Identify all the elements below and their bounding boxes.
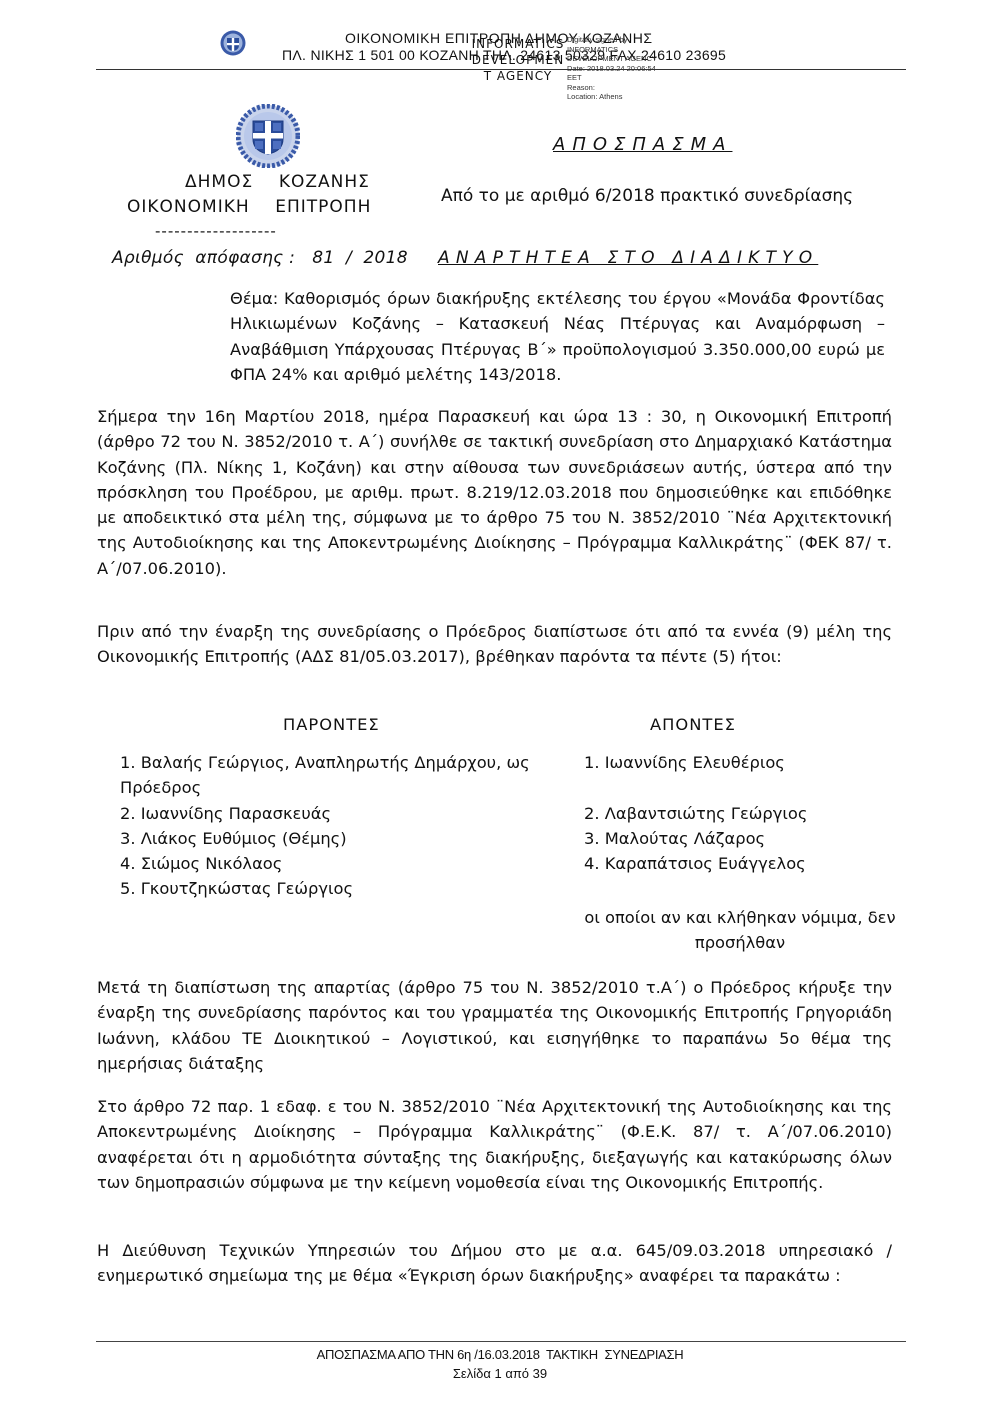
present-heading: ΠΑΡΟΝΤΕΣ [283, 715, 380, 734]
list-item: 3. Μαλούτας Λάζαρος [584, 826, 884, 851]
list-item: 3. Λιάκος Ευθύμιος (Θέμης) [120, 826, 560, 851]
list-item: 4. Σιώμος Νικόλαος [120, 851, 560, 876]
quorum-paragraph: Πριν από την έναρξη της συνεδρίασης ο Πρ… [97, 619, 892, 670]
minutes-reference: Από το με αριθμό 6/2018 πρακτικό συνεδρί… [441, 186, 853, 206]
digital-signature-signer: INFORMATICS DEVELOPMEN T AGENCY [468, 36, 568, 84]
page-number: Σελίδα 1 από 39 [0, 1366, 1000, 1381]
list-item: 2. Ιωαννίδης Παρασκευάς [120, 801, 560, 826]
session-opening-paragraph: Μετά τη διαπίστωση της απαρτίας (άρθρο 7… [97, 975, 892, 1076]
greek-coat-of-arms-icon [220, 30, 246, 56]
title-separator: ------------------- [155, 222, 277, 240]
footer-title: ΑΠΟΣΠΑΣΜΑ ΑΠΟ ΤΗΝ 6η /16.03.2018 ΤΑΚΤΙΚΗ… [0, 1347, 1000, 1362]
technical-services-paragraph: Η Διεύθυνση Τεχνικών Υπηρεσιών του Δήμου… [97, 1238, 892, 1289]
municipality-name: ΔΗΜΟΣ ΚΟΖΑΝΗΣ [185, 172, 370, 192]
internet-posting-notice: ΑΝΑΡΤΗΤΕΑ ΣΤΟ ΔΙΑΔΙΚΤΥΟ [438, 248, 818, 268]
absent-note: οι οποίοι αν και κλήθηκαν νόμιμα, δεν πρ… [580, 905, 900, 956]
present-members-list: 1. Βαλαής Γεώργιος, Αναπληρωτής Δημάρχου… [120, 750, 560, 902]
absent-members-list: 1. Ιωαννίδης Ελευθέριος 2. Λαβαντσιώτης … [584, 750, 884, 876]
header-divider [96, 69, 906, 70]
list-item: 1. Βαλαής Γεώργιος, Αναπληρωτής Δημάρχου… [120, 750, 560, 801]
decision-number: Αριθμός απόφασης : 81 / 2018 [112, 248, 408, 268]
greek-coat-of-arms-icon [236, 104, 300, 168]
list-item: 4. Καραπάτσιος Ευάγγελος [584, 851, 884, 876]
header-emblem-small [220, 30, 246, 56]
subject-paragraph: Θέμα: Καθορισμός όρων διακήρυξης εκτέλεσ… [230, 286, 885, 387]
footer-divider [96, 1341, 906, 1342]
legal-basis-paragraph: Στο άρθρο 72 παρ. 1 εδαφ. ε του Ν. 3852/… [97, 1094, 892, 1195]
committee-name: ΟΙΚΟΝΟΜΙΚΗ ΕΠΙΤΡΟΠΗ [127, 197, 371, 217]
absent-heading: ΑΠΟΝΤΕΣ [650, 715, 736, 734]
document-type-heading: ΑΠΟΣΠΑΣΜΑ [553, 134, 732, 155]
list-item: 5. Γκουτζηκώστας Γεώργιος [120, 876, 560, 901]
municipality-emblem [236, 104, 300, 168]
meeting-convened-paragraph: Σήμερα την 16η Μαρτίου 2018, ημέρα Παρασ… [97, 404, 892, 581]
list-item: 2. Λαβαντσιώτης Γεώργιος [584, 801, 884, 826]
list-item: 1. Ιωαννίδης Ελευθέριος [584, 750, 884, 775]
